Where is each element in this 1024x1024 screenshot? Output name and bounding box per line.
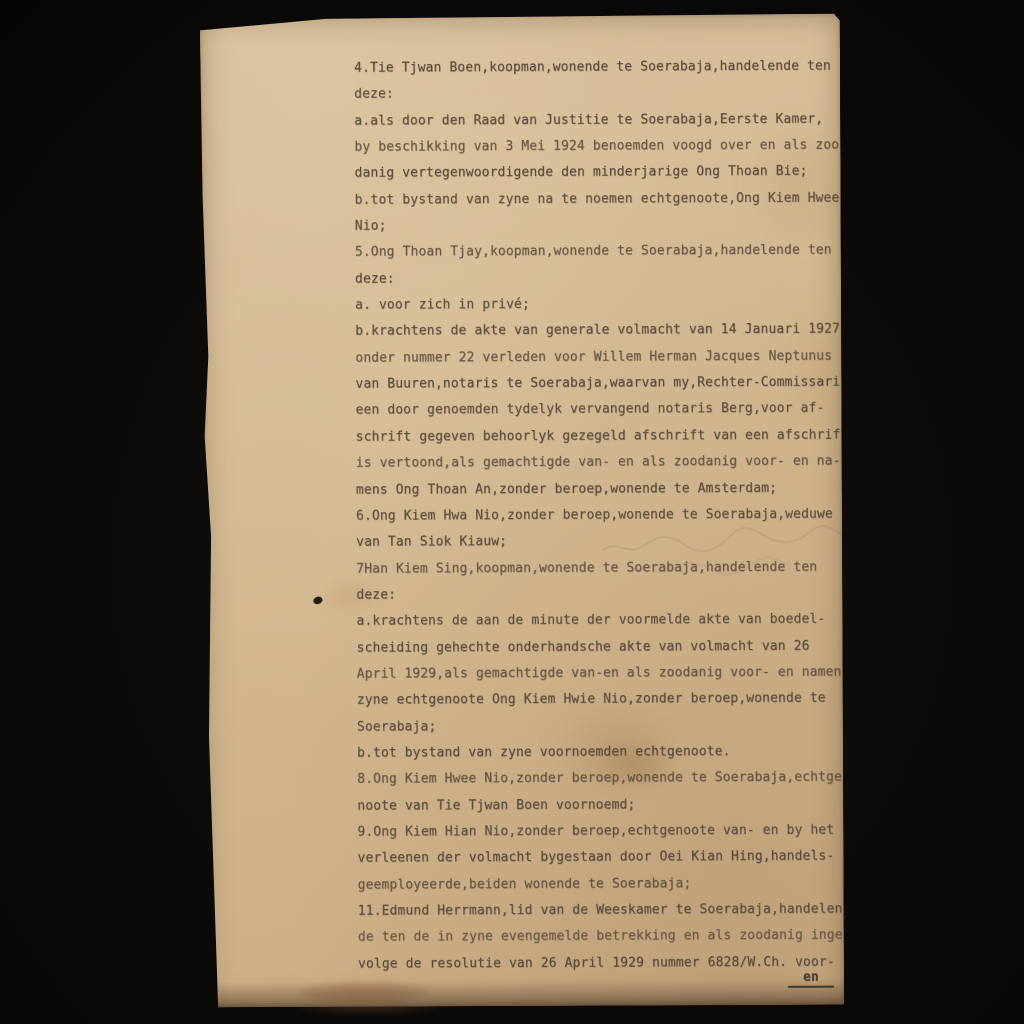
paper-stain bbox=[296, 981, 431, 1004]
text-line: verleenen der volmacht bygestaan door Oe… bbox=[357, 844, 844, 872]
text-line: deze: bbox=[356, 580, 844, 608]
text-line: onder nummer 22 verleden voor Willem Her… bbox=[355, 343, 844, 371]
text-line: b.tot bystand van zyne na te noemen echt… bbox=[355, 185, 845, 213]
text-line: danig vertegenwoordigende den minderjari… bbox=[354, 159, 844, 187]
ink-spot bbox=[312, 596, 323, 606]
text-line: a.als door den Raad van Justitie te Soer… bbox=[354, 106, 844, 134]
catchword: en bbox=[788, 970, 834, 988]
typewritten-text: 4.Tie Tjwan Boen,koopman,wonende te Soer… bbox=[354, 54, 844, 978]
text-line: 8.Ong Kiem Hwee Nio,zonder beroep,wonend… bbox=[357, 765, 844, 793]
text-line: b.tot bystand van zyne voornoemden echtg… bbox=[357, 739, 844, 767]
text-line: schrift gegeven behoorlyk gezegeld afsch… bbox=[356, 422, 845, 450]
text-line: een door genoemden tydelyk vervangend no… bbox=[356, 396, 845, 424]
text-line: deze: bbox=[354, 80, 844, 108]
text-line: 4.Tie Tjwan Boen,koopman,wonende te Soer… bbox=[354, 54, 844, 82]
text-line: Nio; bbox=[355, 212, 844, 240]
text-line: a.krachtens de aan de minute der voormel… bbox=[356, 607, 844, 635]
text-line: 7Han Kiem Sing,koopman,wonende te Soerab… bbox=[356, 554, 844, 582]
text-line: geemployeerde,beiden wonende te Soerabaj… bbox=[358, 870, 845, 898]
text-line: 11.Edmund Herrmann,lid van de Weeskamer … bbox=[358, 897, 844, 925]
text-line: zyne echtgenoote Ong Kiem Hwie Nio,zonde… bbox=[357, 686, 844, 714]
text-line: Soerabaja; bbox=[357, 712, 844, 740]
scan-background: 4.Tie Tjwan Boen,koopman,wonende te Soer… bbox=[0, 0, 1024, 1024]
text-line: van Buuren,notaris te Soerabaja,waarvan … bbox=[355, 370, 844, 398]
text-line: noote van Tie Tjwan Boen voornoemd; bbox=[357, 791, 844, 819]
text-line: a. voor zich in privé; bbox=[355, 291, 844, 319]
text-line: 9.Ong Kiem Hian Nio,zonder beroep,echtge… bbox=[357, 818, 844, 846]
document-page: 4.Tie Tjwan Boen,koopman,wonende te Soer… bbox=[200, 14, 844, 1008]
text-line: is vertoond,als gemachtigde van- en als … bbox=[356, 449, 844, 477]
text-line: scheiding gehechte onderhandsche akte va… bbox=[357, 633, 845, 661]
text-line: van Tan Siok Kiauw; bbox=[356, 528, 844, 556]
text-line: 6.Ong Kiem Hwa Nio,zonder beroep,wonende… bbox=[356, 501, 844, 529]
text-line: volge de resolutie van 26 April 1929 num… bbox=[358, 949, 844, 977]
text-line: de ten de in zyne evengemelde betrekking… bbox=[358, 923, 844, 951]
text-line: April 1929,als gemachtigde van-en als zo… bbox=[357, 659, 845, 687]
text-line: b.krachtens de akte van generale volmach… bbox=[355, 317, 844, 345]
text-line: mens Ong Thoan An,zonder beroep,wonende … bbox=[356, 475, 844, 503]
text-line: by beschikking van 3 Mei 1924 benoemden … bbox=[354, 133, 844, 161]
text-line: deze: bbox=[355, 264, 844, 292]
text-line: 5.Ong Thoan Tjay,koopman,wonende te Soer… bbox=[355, 238, 844, 266]
